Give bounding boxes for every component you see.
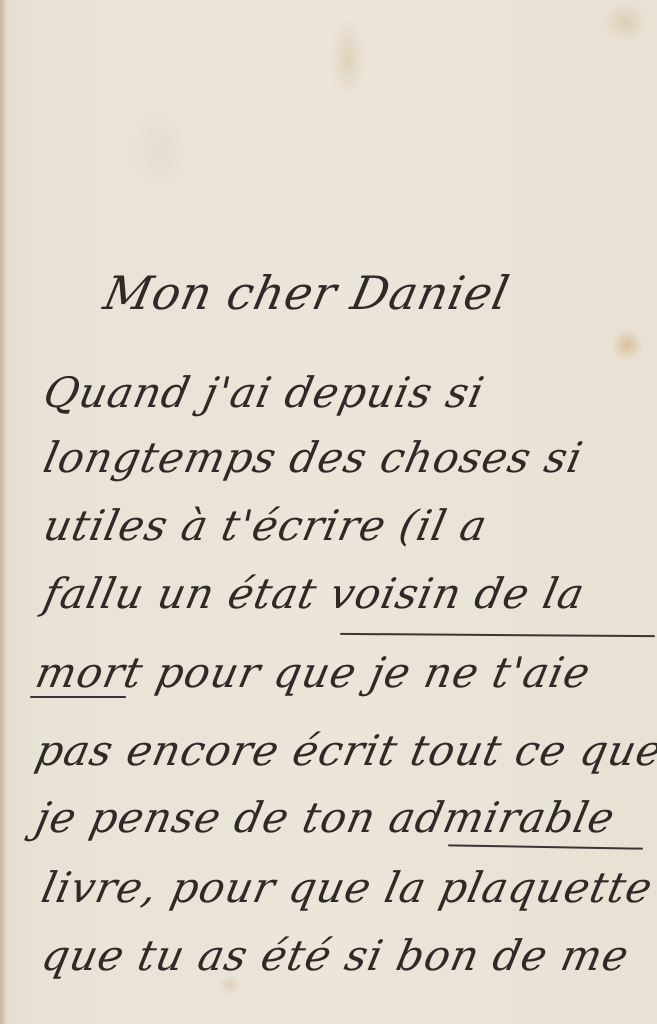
letter-line-8: livre, pour que la plaquette [38,867,657,909]
underline-admirable [448,844,643,849]
letter-line-1: Quand j'ai depuis si [40,372,488,414]
letter-line-4: fallu un état voisin de la [40,573,589,615]
letter-line-2: longtemps des choses si [40,437,587,479]
underline-voisin-de-la [340,633,655,637]
letter-page: Mon cher Daniel Quand j'ai depuis si lon… [0,0,657,1024]
letter-line-3: utiles à t'écrire (il a [40,505,491,547]
letter-line-7: je pense de ton admirable [32,797,619,839]
letter-line-9: que tu as été si bon de me [38,935,633,977]
letter-salutation: Mon cher Daniel [100,270,514,316]
letter-line-6: pas encore écrit tout ce que [32,730,657,772]
paper-edge-shadow [0,0,6,1024]
letter-line-5: mort pour que je ne t'aie [32,652,594,694]
underline-mort [30,696,126,698]
